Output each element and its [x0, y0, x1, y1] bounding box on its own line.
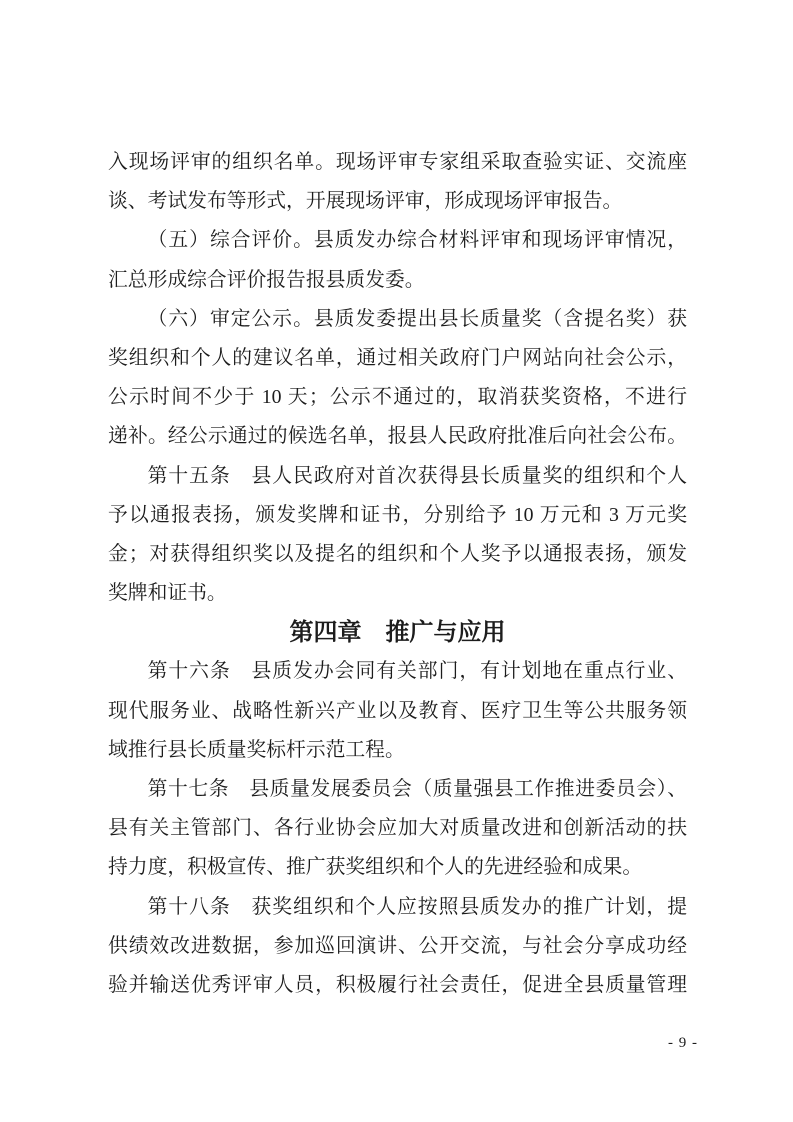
- body-text-line: 金；对获得组织奖以及提名的组织和个人奖予以通报表扬，颁发: [108, 535, 687, 574]
- body-text-line: 验并输送优秀评审人员，积极履行社会责任，促进全县质量管理: [108, 966, 687, 1005]
- body-text-line: 汇总形成综合评价报告报县质发委。: [108, 261, 687, 300]
- body-text-line: 县有关主管部门、各行业协会应加大对质量改进和创新活动的扶: [108, 809, 687, 848]
- body-text-line: 第十六条 县质发办会同有关部门，有计划地在重点行业、: [108, 652, 687, 691]
- body-text-line: 第十七条 县质量发展委员会（质量强县工作推进委员会）、: [108, 770, 687, 809]
- body-text-line: 第十五条 县人民政府对首次获得县长质量奖的组织和个人: [108, 457, 687, 496]
- body-text-line: 公示时间不少于 10 天；公示不通过的，取消获奖资格，不进行: [108, 378, 687, 417]
- body-text-line: 供绩效改进数据，参加巡回演讲、公开交流，与社会分享成功经: [108, 927, 687, 966]
- body-text-line: 奖牌和证书。: [108, 574, 687, 613]
- body-text-line: 入现场评审的组织名单。现场评审专家组采取查验实证、交流座: [108, 143, 687, 182]
- document-body: 入现场评审的组织名单。现场评审专家组采取查验实证、交流座谈、考试发布等形式，开展…: [108, 143, 687, 1005]
- body-text-line: 予以通报表扬，颁发奖牌和证书，分别给予 10 万元和 3 万元奖: [108, 496, 687, 535]
- body-text-line: 域推行县长质量奖标杆示范工程。: [108, 731, 687, 770]
- body-text-line: 奖组织和个人的建议名单，通过相关政府门户网站向社会公示，: [108, 339, 687, 378]
- body-text-line: 现代服务业、战略性新兴产业以及教育、医疗卫生等公共服务领: [108, 692, 687, 731]
- body-text-line: （六）审定公示。县质发委提出县长质量奖（含提名奖）获: [108, 300, 687, 339]
- chapter-heading: 第四章 推广与应用: [108, 613, 687, 652]
- body-text-line: 谈、考试发布等形式，开展现场评审，形成现场评审报告。: [108, 182, 687, 221]
- body-text-line: 持力度，积极宣传、推广获奖组织和个人的先进经验和成果。: [108, 848, 687, 887]
- body-text-line: 第十八条 获奖组织和个人应按照县质发办的推广计划，提: [108, 888, 687, 927]
- page-number: - 9 -: [668, 1035, 698, 1052]
- body-text-line: （五）综合评价。县质发办综合材料评审和现场评审情况，: [108, 221, 687, 260]
- body-text-line: 递补。经公示通过的候选名单，报县人民政府批准后向社会公布。: [108, 417, 687, 456]
- document-page: 入现场评审的组织名单。现场评审专家组采取查验实证、交流座谈、考试发布等形式，开展…: [0, 0, 793, 1122]
